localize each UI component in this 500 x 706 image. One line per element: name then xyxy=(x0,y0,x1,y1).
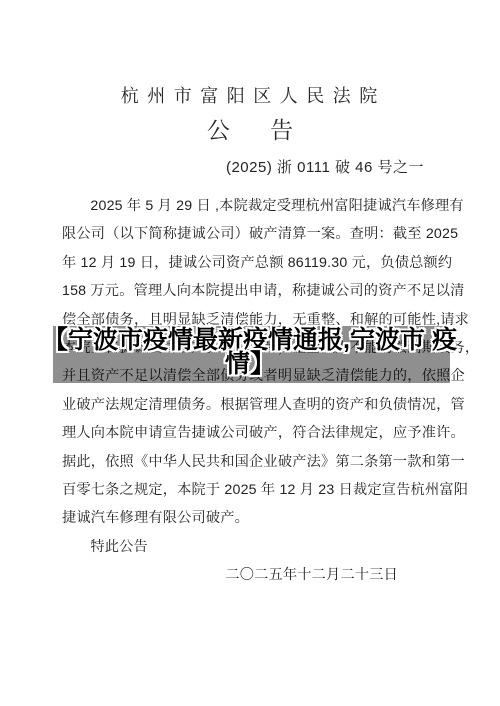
announcement-page: 杭 州 市 富 阳 区 人 民 法 院 公 告 (2025) 浙 0111 破 … xyxy=(0,0,500,706)
body-line: 据此，依照《中华人民共和国企业破产法》第二条第一款和第一 xyxy=(62,448,444,476)
body-line: 百零七条之规定，本院于 2025 年 12 月 23 日裁定宣告杭州富阳 xyxy=(62,476,444,504)
court-name: 杭 州 市 富 阳 区 人 民 法 院 xyxy=(0,82,500,108)
body-line: 理人向本院申请宣告捷诚公司破产，符合法律规定，应予准许。 xyxy=(62,419,444,447)
caption-title-line: 【宁波市疫情最新疫情通报,宁波市 疫 xyxy=(0,329,500,353)
doc-title: 公 告 xyxy=(0,112,500,145)
body-line: 业破产法规定清理债务。根据管理人查明的资产和负债情况，管 xyxy=(62,391,444,419)
caption-title-line: 情】 xyxy=(0,353,500,377)
closing-line: 特此公告 xyxy=(62,533,444,561)
announcement-body: 2025 年 5 月 29 日 ,本院裁定受理杭州富阳捷诚汽车修理有限公司（以下… xyxy=(62,192,444,589)
body-line: 158 万元。管理人向本院提出申请，称捷诚公司的资产不足以清 xyxy=(62,277,444,305)
date-line: 二〇二五年十二月二十三日 xyxy=(62,561,444,589)
body-line: 捷诚汽车修理有限公司破产。 xyxy=(62,504,444,532)
caption-title-overlay: 【宁波市疫情最新疫情通报,宁波市 疫情】 xyxy=(0,329,500,376)
body-line: 限公司（以下简称捷诚公司）破产清算一案。查明：截至 2025 xyxy=(62,220,444,248)
case-number: (2025) 浙 0111 破 46 号之一 xyxy=(226,156,424,177)
body-line: 2025 年 5 月 29 日 ,本院裁定受理杭州富阳捷诚汽车修理有 xyxy=(62,192,444,220)
body-line: 年 12 月 19 日，捷诚公司资产总额 86119.30 元，负债总额约 xyxy=(62,249,444,277)
